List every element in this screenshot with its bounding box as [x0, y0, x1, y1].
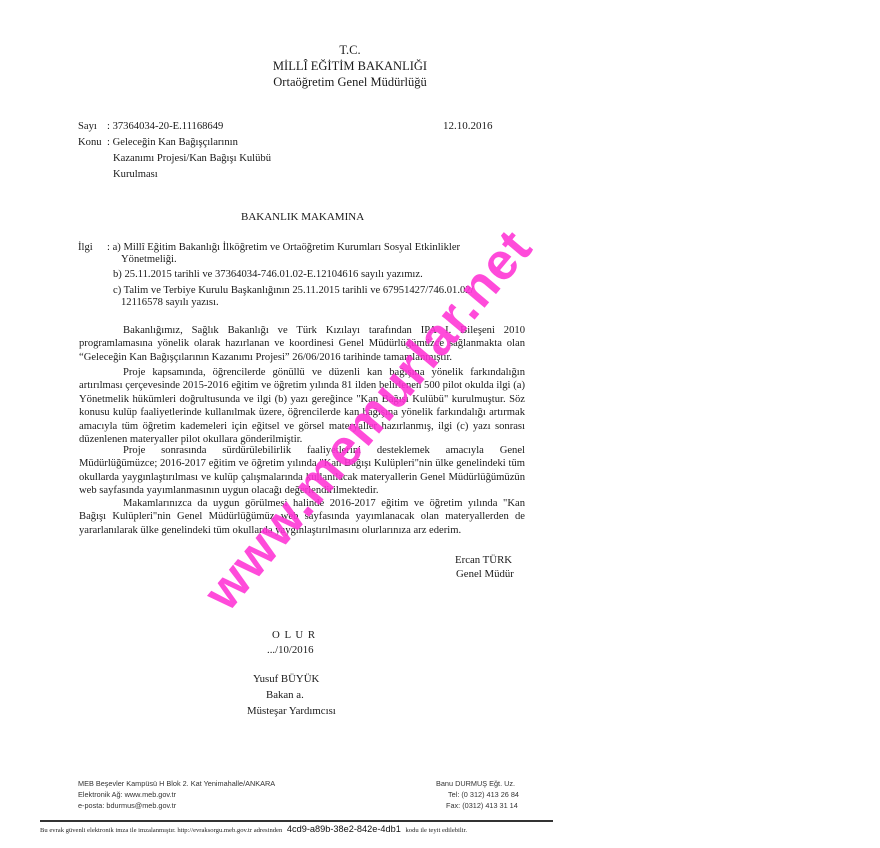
document-date: 12.10.2016 [443, 120, 493, 133]
body-paragraph-4: Makamlarınızca da uygun görülmesi halind… [79, 497, 525, 537]
footer-address: MEB Beşevler Kampüsü H Blok 2. Kat Yenim… [78, 778, 275, 789]
header-tc: T.C. [200, 42, 500, 58]
approval-date: .../10/2016 [267, 643, 314, 657]
sayi-label: Sayı [78, 120, 97, 133]
signatory-title: Genel Müdür [456, 567, 514, 581]
body-paragraph-3: Proje sonrasında sürdürülebilirlik faali… [79, 444, 525, 498]
verification-text-end: kodu ile teyit edilebilir. [406, 827, 468, 834]
verification-text: Bu evrak güvenli elektronik imza ile imz… [40, 827, 282, 834]
konu-line: Kazanımı Projesi/Kan Bağışı Kulübü [113, 152, 271, 165]
approval-olur: O L U R [272, 628, 316, 642]
approver-role: Bakan a. [266, 688, 304, 702]
header-ministry: MİLLÎ EĞİTİM BAKANLIĞI [200, 58, 500, 74]
sayi-value: : 37364034-20-E.11168649 [107, 120, 223, 133]
footer-fax: Fax: (0312) 413 31 14 [446, 800, 518, 811]
konu-label: Konu [78, 136, 102, 149]
ilgi-c-cont: 12116578 sayılı yazısı. [121, 296, 219, 309]
footer-contact-name: Banu DURMUŞ Eğt. Uz. [436, 778, 515, 789]
ilgi-label: İlgi [78, 241, 93, 254]
signatory-name: Ercan TÜRK [455, 553, 512, 567]
verification-notice: Bu evrak güvenli elektronik imza ile imz… [40, 824, 467, 834]
konu-line: Kurulması [113, 168, 158, 181]
footer-email: e-posta: bdurmus@meb.gov.tr [78, 800, 176, 811]
body-paragraph-1: Bakanlığımız, Sağlık Bakanlığı ve Türk K… [79, 324, 525, 364]
addressee: BAKANLIK MAKAMINA [241, 211, 364, 224]
approver-position: Müsteşar Yardımcısı [247, 704, 336, 718]
ilgi-b: b) 25.11.2015 tarihli ve 37364034-746.01… [113, 268, 423, 281]
footer-web: Elektronik Ağ: www.meb.gov.tr [78, 789, 176, 800]
konu-line: : Geleceğin Kan Bağışçılarının [107, 136, 238, 149]
ilgi-a-cont: Yönetmeliği. [121, 253, 177, 266]
approver-name: Yusuf BÜYÜK [253, 672, 319, 686]
footer-tel: Tel: (0 312) 413 26 84 [448, 789, 519, 800]
verification-code: 4cd9-a89b-38e2-842e-4db1 [287, 824, 401, 834]
body-paragraph-2: Proje kapsamında, öğrencilerde gönüllü v… [79, 366, 525, 446]
header-directorate: Ortaöğretim Genel Müdürlüğü [200, 74, 500, 90]
footer-divider [40, 820, 553, 822]
